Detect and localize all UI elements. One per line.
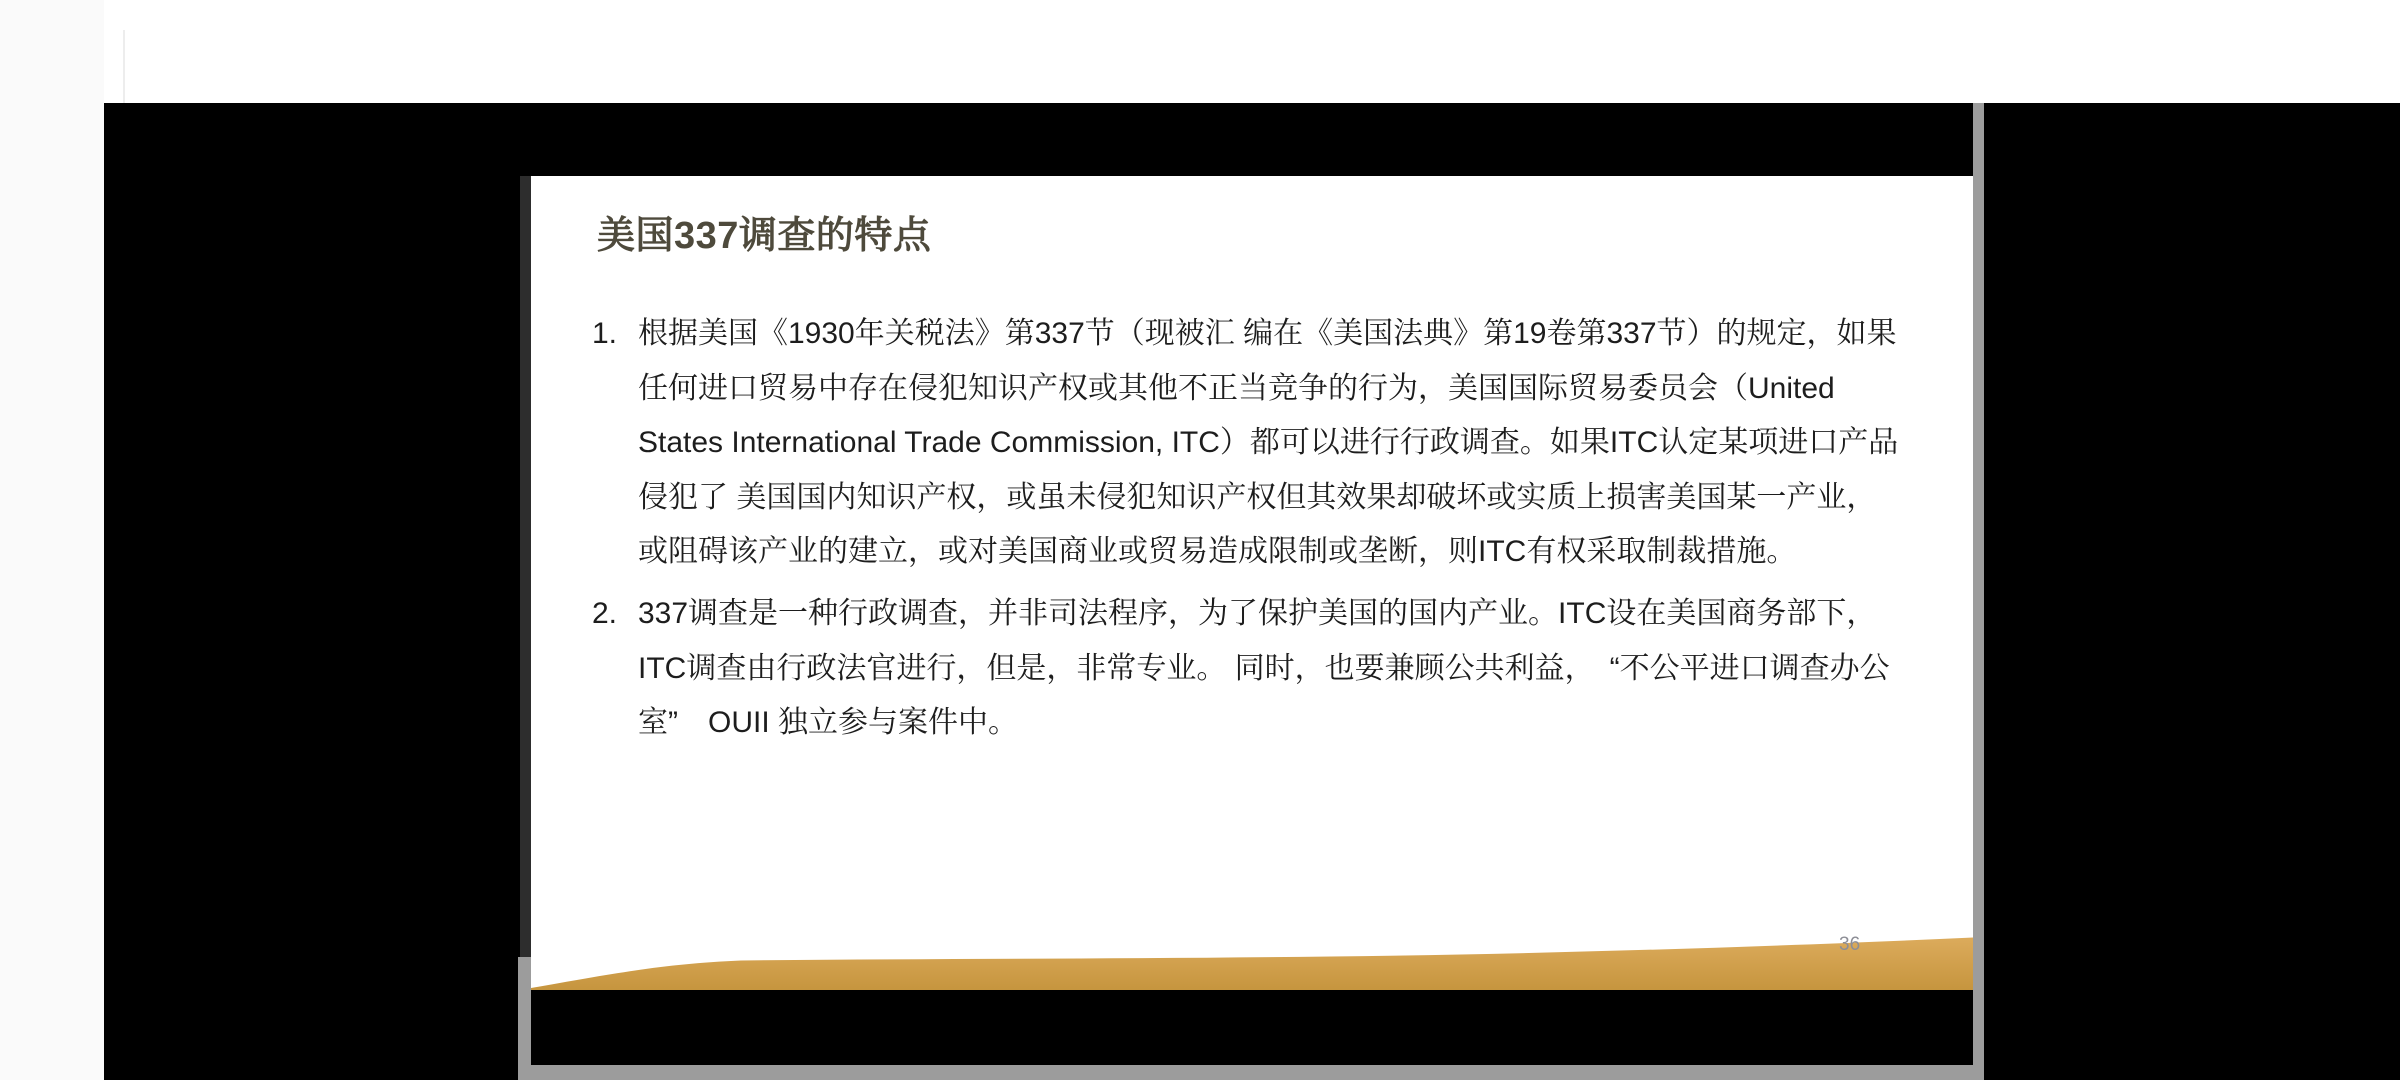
desktop-left-gutter (0, 0, 104, 1080)
gold-wave-decoration (531, 934, 1973, 990)
window-edge-line (123, 30, 125, 103)
slide-left-edge-shadow (520, 176, 531, 959)
list-item-number: 1. (592, 307, 638, 580)
text-line: 根据美国《1930年关税法》第337节（现被汇 编在《美国法典》第19卷第337… (638, 307, 1898, 362)
list-item-text: 337调查是一种行政调查，并非司法程序，为了保护美国的国内产业。ITC设在美国商… (638, 587, 1890, 751)
screen: 美国337调查的特点 1. 根据美国《1930年关税法》第337节（现被汇 编在… (0, 0, 2400, 1080)
list-item: 2. 337调查是一种行政调查，并非司法程序，为了保护美国的国内产业。ITC设在… (592, 587, 1898, 751)
slide-body: 1. 根据美国《1930年关税法》第337节（现被汇 编在《美国法典》第19卷第… (592, 307, 1898, 751)
slide-title: 美国337调查的特点 (597, 204, 931, 259)
desktop-top-strip (104, 0, 2400, 103)
window-border-bottom (518, 1065, 1984, 1080)
window-border-right (1973, 103, 1984, 1080)
list-item-number: 2. (592, 587, 638, 751)
text-line: 或阻碍该产业的建立，或对美国商业或贸易造成限制或垄断，则ITC有权采取制裁措施。 (638, 525, 1898, 580)
text-line: 337调查是一种行政调查，并非司法程序，为了保护美国的国内产业。ITC设在美国商… (638, 587, 1890, 642)
text-line: States International Trade Commission, I… (638, 416, 1898, 471)
window-border-left (518, 957, 531, 1080)
text-line: 任何进口贸易中存在侵犯知识产权或其他不正当竞争的行为，美国国际贸易委员会（Uni… (638, 362, 1898, 417)
slide-canvas[interactable]: 美国337调查的特点 1. 根据美国《1930年关税法》第337节（现被汇 编在… (531, 176, 1973, 990)
slide-page-number: 36 (1839, 934, 1860, 956)
list-item: 1. 根据美国《1930年关税法》第337节（现被汇 编在《美国法典》第19卷第… (592, 307, 1898, 580)
text-line: 室” OUII 独立参与案件中。 (638, 696, 1890, 751)
text-line: 侵犯了 美国国内知识产权，或虽未侵犯知识产权但其效果却破坏或实质上损害美国某一产… (638, 471, 1898, 526)
text-line: ITC调查由行政法官进行，但是，非常专业。 同时，也要兼顾公共利益， “不公平进… (638, 642, 1890, 697)
list-item-text: 根据美国《1930年关税法》第337节（现被汇 编在《美国法典》第19卷第337… (638, 307, 1898, 580)
